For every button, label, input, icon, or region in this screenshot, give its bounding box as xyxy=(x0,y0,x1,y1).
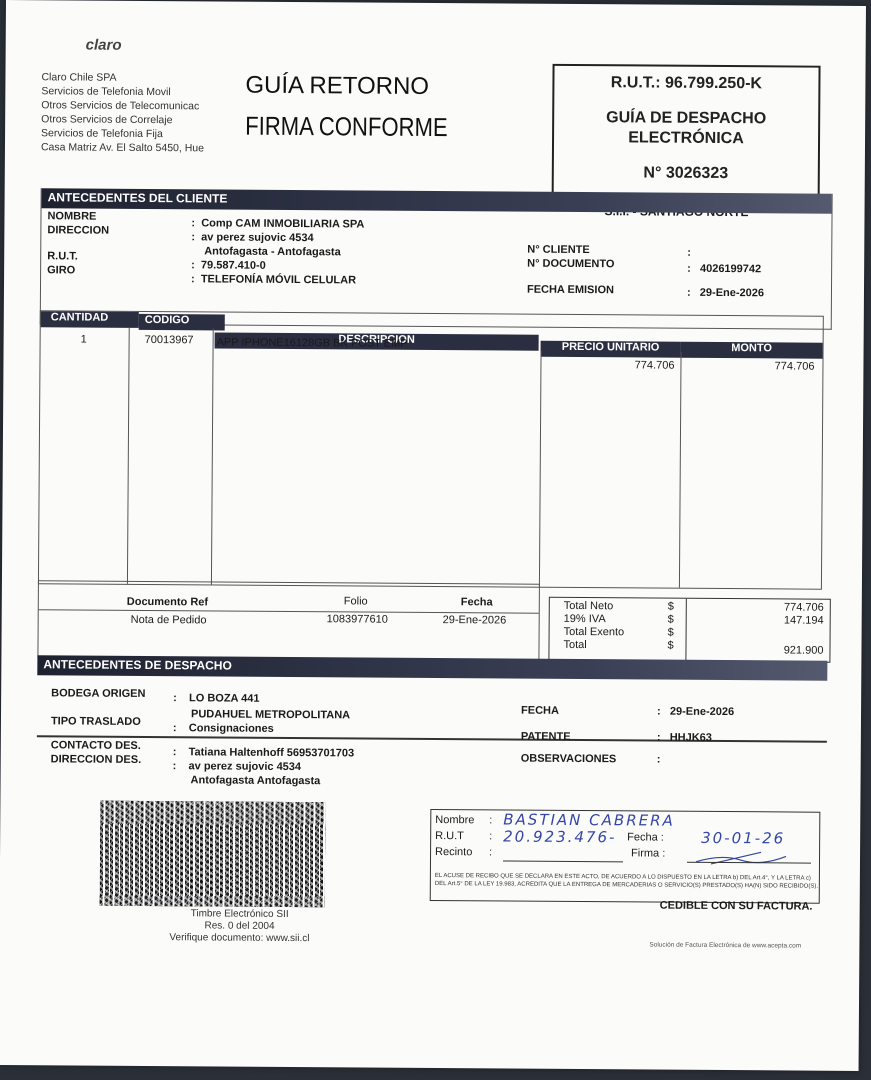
receiver-rut-field[interactable]: 20.923.476- xyxy=(503,827,616,846)
client-rut: 79.587.410-0 xyxy=(201,259,266,271)
cedible-notice: CEDIBLE CON SU FACTURA. xyxy=(660,900,813,913)
client-section: ANTECEDENTES DEL CLIENTE NOMBRE DIRECCIO… xyxy=(40,188,833,330)
items-table: CANTIDAD CODIGO DESCRIPCION PRECIO UNITA… xyxy=(38,310,824,589)
return-stamp: GUÍA RETORNO FIRMA CONFORME xyxy=(245,66,484,148)
document-number-value: 4026199742 xyxy=(700,263,761,275)
client-giro: TELEFONÍA MÓVIL CELULAR xyxy=(201,273,356,286)
client-name: Comp CAM INMOBILIARIA SPA xyxy=(201,217,364,230)
iva: 147.194 xyxy=(784,614,824,626)
document-type: GUÍA DE DESPACHOELECTRÓNICA xyxy=(554,108,818,150)
issuer-name: Claro Chile SPA xyxy=(41,70,204,85)
provider-note: Solución de Factura Electrónica de www.a… xyxy=(649,942,801,950)
totals-box: Total Neto$774.706 19% IVA$147.194 Total… xyxy=(548,597,830,663)
claro-logo: claro xyxy=(86,37,122,54)
receipt-acknowledgement-box: Nombre R.U.T Recinto ::: BASTIAN CABRERA… xyxy=(430,809,821,904)
pdf417-barcode-icon xyxy=(100,801,326,908)
dispatch-guide-document: claro Claro Chile SPA Servicios de Telef… xyxy=(0,0,866,1071)
legal-notice: EL ACUSE DE RECIBO QUE SE DECLARA EN EST… xyxy=(435,872,819,891)
dispatch-contact: Tatiana Haltenhoff 56953701703 xyxy=(189,746,355,759)
receipt-date-field[interactable]: 30-01-26 xyxy=(701,829,785,848)
references-table: Documento Ref Folio Fecha Nota de Pedido… xyxy=(37,580,540,662)
dispatch-section-title: ANTECEDENTES DE DESPACHO xyxy=(37,655,827,681)
document-number: N° 3026323 xyxy=(554,164,818,184)
document-id-box: R.U.T.: 96.799.250-K GUÍA DE DESPACHOELE… xyxy=(552,64,821,200)
dispatch-section: ANTECEDENTES DE DESPACHO BODEGA ORIGEN T… xyxy=(36,655,827,801)
grand-total: 921.900 xyxy=(784,644,824,656)
issue-date: 29-Ene-2026 xyxy=(700,287,764,299)
signature-icon xyxy=(691,850,791,867)
issuer-info: Claro Chile SPA Servicios de Telefonia M… xyxy=(41,70,205,155)
dispatch-date: 29-Ene-2026 xyxy=(670,706,734,718)
client-section-title: ANTECEDENTES DEL CLIENTE xyxy=(42,188,832,214)
total-neto: 774.706 xyxy=(784,601,824,613)
electronic-stamp-text: Timbre Electrónico SIIRes. 0 del 2004Ver… xyxy=(149,908,329,945)
client-address: av perez sujovic 4534 xyxy=(201,231,314,244)
license-plate: HHJK63 xyxy=(670,732,712,744)
issuer-rut: R.U.T.: 96.799.250-K xyxy=(554,74,818,94)
origin-warehouse: LO BOZA 441 xyxy=(189,692,260,704)
